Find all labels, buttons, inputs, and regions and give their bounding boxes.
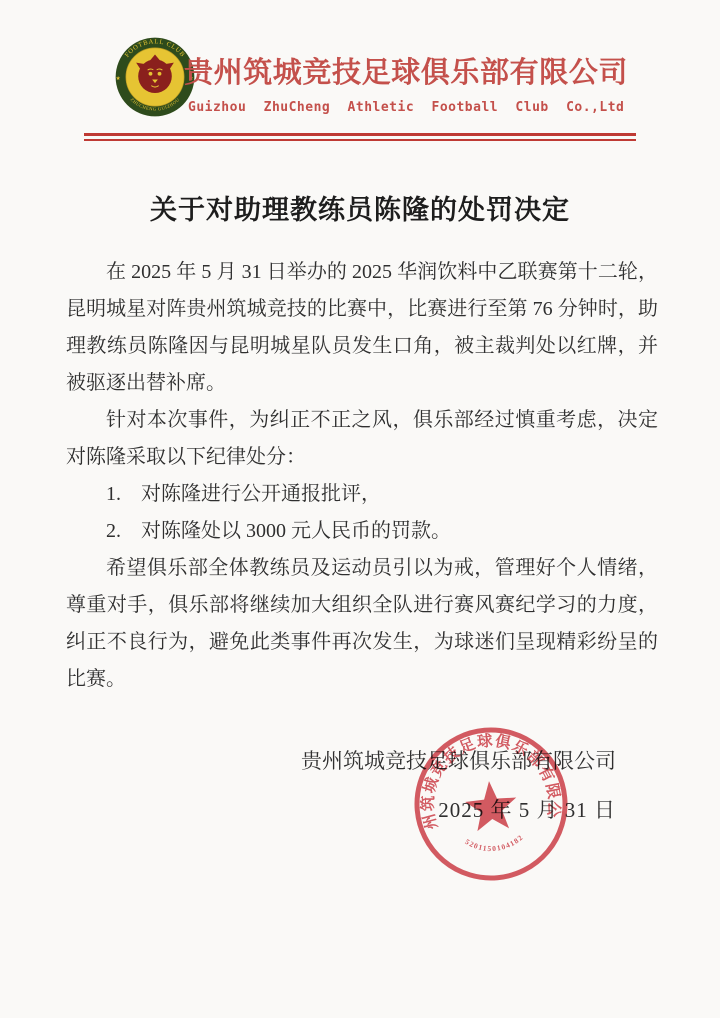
signature-date: 2025 年 5 月 31 日 [0,790,616,830]
paragraph-decision: 针对本次事件，为纠正不正之风，俱乐部经过慎重考虑，决定对陈隆采取以下纪律处分： [66,402,658,476]
header-divider [84,133,636,141]
document-body: 在 2025 年 5 月 31 日举办的 2025 华润饮料中乙联赛第十二轮，昆… [66,254,658,698]
list-item-2: 2. 对陈隆处以 3000 元人民币的罚款。 [66,513,658,550]
paragraph-closing: 希望俱乐部全体教练员及运动员引以为戒，管理好个人情绪，尊重对手，俱乐部将继续加大… [66,550,658,698]
seal-serial-number: 5201150104182 [463,832,526,856]
company-name-english: Guizhou ZhuCheng Athletic Football Club … [188,100,624,115]
list-item-1: 1. 对陈隆进行公开通报批评， [66,476,658,513]
signature-block: 贵州筑城竞技足球俱乐部有限公司 2025 年 5 月 31 日 [0,741,616,830]
company-name-chinese: 贵州筑城竞技足球俱乐部有限公司 [184,50,614,91]
badge-left-star-icon: ★ [116,76,121,82]
document-page: FOOTBALL CLUB ZHUCHENG GUIZHOU ★ ★ 贵州筑城竞… [0,0,720,1018]
signature-company: 贵州筑城竞技足球俱乐部有限公司 [0,741,616,781]
document-title: 关于对助理教练员陈隆的处罚决定 [0,188,720,227]
paragraph-incident: 在 2025 年 5 月 31 日举办的 2025 华润饮料中乙联赛第十二轮，昆… [66,254,658,402]
